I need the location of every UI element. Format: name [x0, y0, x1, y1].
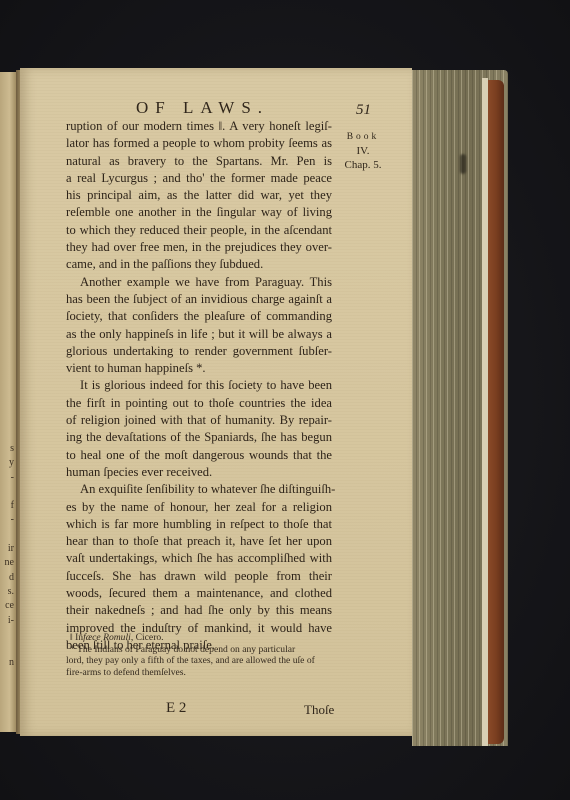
margin-note: Book IV. Chap. 5. [328, 130, 398, 172]
footnotes: ‖ Infæce Romuli, Cicero. * The Indians o… [66, 632, 332, 678]
text-line: to which they reduced their people, in t… [66, 222, 332, 239]
book-photo-background: s y - f - ir ne d s. ce i- n OF LAWS. 51… [0, 0, 570, 800]
text-line: It is glorious indeed for this ſociety t… [66, 377, 332, 394]
fragment: s. [0, 585, 16, 599]
fragment: ce [0, 599, 16, 613]
text-line: vient to human happineſs *. [66, 360, 332, 377]
text-line: their nakedneſs ; and had ſhe only by th… [66, 602, 332, 619]
text-line: a real Lycurgus ; and tho' the former ma… [66, 170, 332, 187]
text-line: vaſt undertakings, which ſhe has accompl… [66, 550, 332, 567]
text-line: has been the ſubject of an invidious cha… [66, 291, 332, 308]
edge-stain [460, 154, 466, 174]
footnote-italic-phrase: fæce Romuli [83, 632, 131, 643]
text-line: his principal aim, as the latter did war… [66, 187, 332, 204]
footnote-2-line: * The Indians of Paraguay do not depend … [66, 644, 332, 656]
footnote-2-line: fire-arms to defend themſelves. [66, 667, 332, 679]
text-line: came, and in the paſſions they ſubdued. [66, 256, 332, 273]
text-line: to heal one of the moſt dangerous wounds… [66, 447, 332, 464]
text-line: of religion joined with that of humanity… [66, 412, 332, 429]
fragment [0, 528, 16, 542]
leather-binding [488, 80, 504, 744]
text-line: glorious undertaking to render governmen… [66, 343, 332, 360]
text-line: lator has formed a people to whom probit… [66, 135, 332, 152]
fragment: ne [0, 556, 16, 570]
text-line: ſucceſs. She has drawn wild people from … [66, 568, 332, 585]
text-line: as the only happineſs in life ; but it w… [66, 326, 332, 343]
page-number: 51 [356, 102, 371, 119]
text-line: es by the name of honour, her zeal for a… [66, 499, 332, 516]
fragment: i- [0, 614, 16, 628]
fragment: s [0, 442, 16, 456]
text-line: natural as bravery to the Spartans. Mr. … [66, 153, 332, 170]
footnote-suffix: , Cicero. [131, 632, 164, 643]
margin-chapter: Chap. 5. [328, 158, 398, 172]
text-line: ing the devaſtations of the Spaniards, ſ… [66, 429, 332, 446]
fragment: y [0, 456, 16, 470]
fragment: d [0, 571, 16, 585]
margin-book-number: IV. [328, 144, 398, 158]
text-line: reſemble one another in the ſingular way… [66, 204, 332, 221]
previous-page-text-fragments: s y - f - ir ne d s. ce i- n [0, 72, 16, 732]
text-line: An exquiſite ſenſibility to whatever ſhe… [66, 481, 332, 498]
text-line: which is far more humbling in reſpect to… [66, 516, 332, 533]
footnote-prefix: In [75, 632, 83, 643]
catchword: Thoſe [304, 702, 334, 718]
text-line: the firſt in pointing out to thoſe count… [66, 395, 332, 412]
fragment: n [0, 656, 16, 670]
previous-page-edge: s y - f - ir ne d s. ce i- n [0, 72, 16, 732]
text-line: hear than to thoſe that preach it, have … [66, 533, 332, 550]
margin-book-label: Book [328, 130, 398, 144]
fragment: ir [0, 542, 16, 556]
text-line: they had over free men, in the prejudice… [66, 239, 332, 256]
book-page: OF LAWS. 51 Book IV. Chap. 5. ruption of… [20, 68, 412, 736]
body-text: ruption of our modern times ‖. A very ho… [66, 118, 332, 654]
footnote-2-line: lord, they pay only a fifth of the taxes… [66, 655, 332, 667]
text-line: human ſpecies ever received. [66, 464, 332, 481]
fragment: - [0, 471, 16, 485]
fragment [0, 485, 16, 499]
signature-mark: E 2 [166, 700, 186, 717]
footnote-1: ‖ Infæce Romuli, Cicero. [66, 632, 332, 644]
footnote-mark: ‖ [70, 632, 73, 643]
text-line: ſociety, that conſiders the pleaſure of … [66, 308, 332, 325]
fragment [0, 642, 16, 656]
text-line: ruption of our modern times ‖. A very ho… [66, 118, 332, 135]
fragment [0, 628, 16, 642]
text-line: woods, ſecured them a maintenance, and c… [66, 585, 332, 602]
running-head: OF LAWS. [136, 98, 269, 118]
text-line: Another example we have from Paraguay. T… [66, 274, 332, 291]
fragment: - [0, 513, 16, 527]
fragment: f [0, 499, 16, 513]
